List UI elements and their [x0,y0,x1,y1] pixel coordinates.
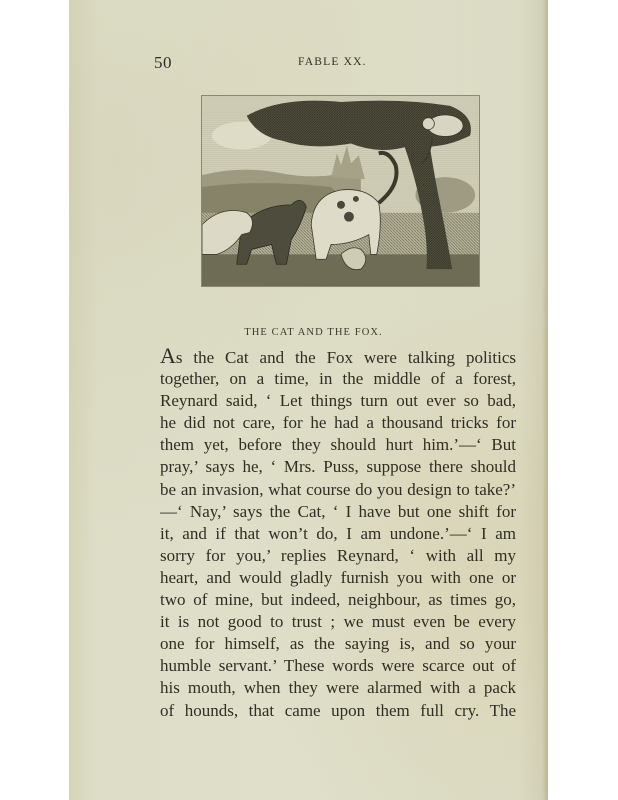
text-line-11: heart, and would gladly furnish you with… [160,567,516,589]
text-line-7: be an invasion, what course do you desig… [160,479,516,501]
fable-body-text: As the Cat and the Fox were talking poli… [160,346,516,722]
text-line-10: sorry for you,’ replies Reynard, ‘ with … [160,545,516,567]
fable-illustration [201,95,480,287]
text-line-12: two of mine, but indeed, neighbour, as t… [160,589,516,611]
text-line-17: of hounds, that came upon them full cry.… [160,700,516,722]
text-line-13: it is not good to trust ; we must even b… [160,611,516,633]
page-number: 50 [154,53,172,73]
text-line-4: he did not care, for he had a thousand t… [160,412,516,434]
running-head: 50 FABLE XX. [69,53,548,73]
drop-initial: A [160,346,176,368]
text-line-5: them yet, before they should hurt him.’—… [160,434,516,456]
text-line-16: his mouth, when they were alarmed with a… [160,677,516,699]
text-line-1: As the Cat and the Fox were talking poli… [160,346,516,368]
text-line-8: —‘ Nay,’ says the Cat, ‘ I have but one … [160,501,516,523]
text-line-9: it, and if that won’t do, I am undone.’—… [160,523,516,545]
engraving-image [202,96,479,286]
text-line-3: Reynard said, ‘ Let things turn out ever… [160,390,516,412]
text-line-6: pray,’ says he, ‘ Mrs. Puss, suppose the… [160,456,516,478]
fable-title: THE CAT AND THE FOX. [69,327,548,338]
running-head-title: FABLE XX. [298,56,367,68]
text-line-15: humble servant.’ These words were scarce… [160,655,516,677]
book-page: 50 FABLE XX. [69,0,548,800]
text-line-14: one for himself, as the saying is, and s… [160,633,516,655]
text-line-2: together, on a time, in the middle of a … [160,368,516,390]
